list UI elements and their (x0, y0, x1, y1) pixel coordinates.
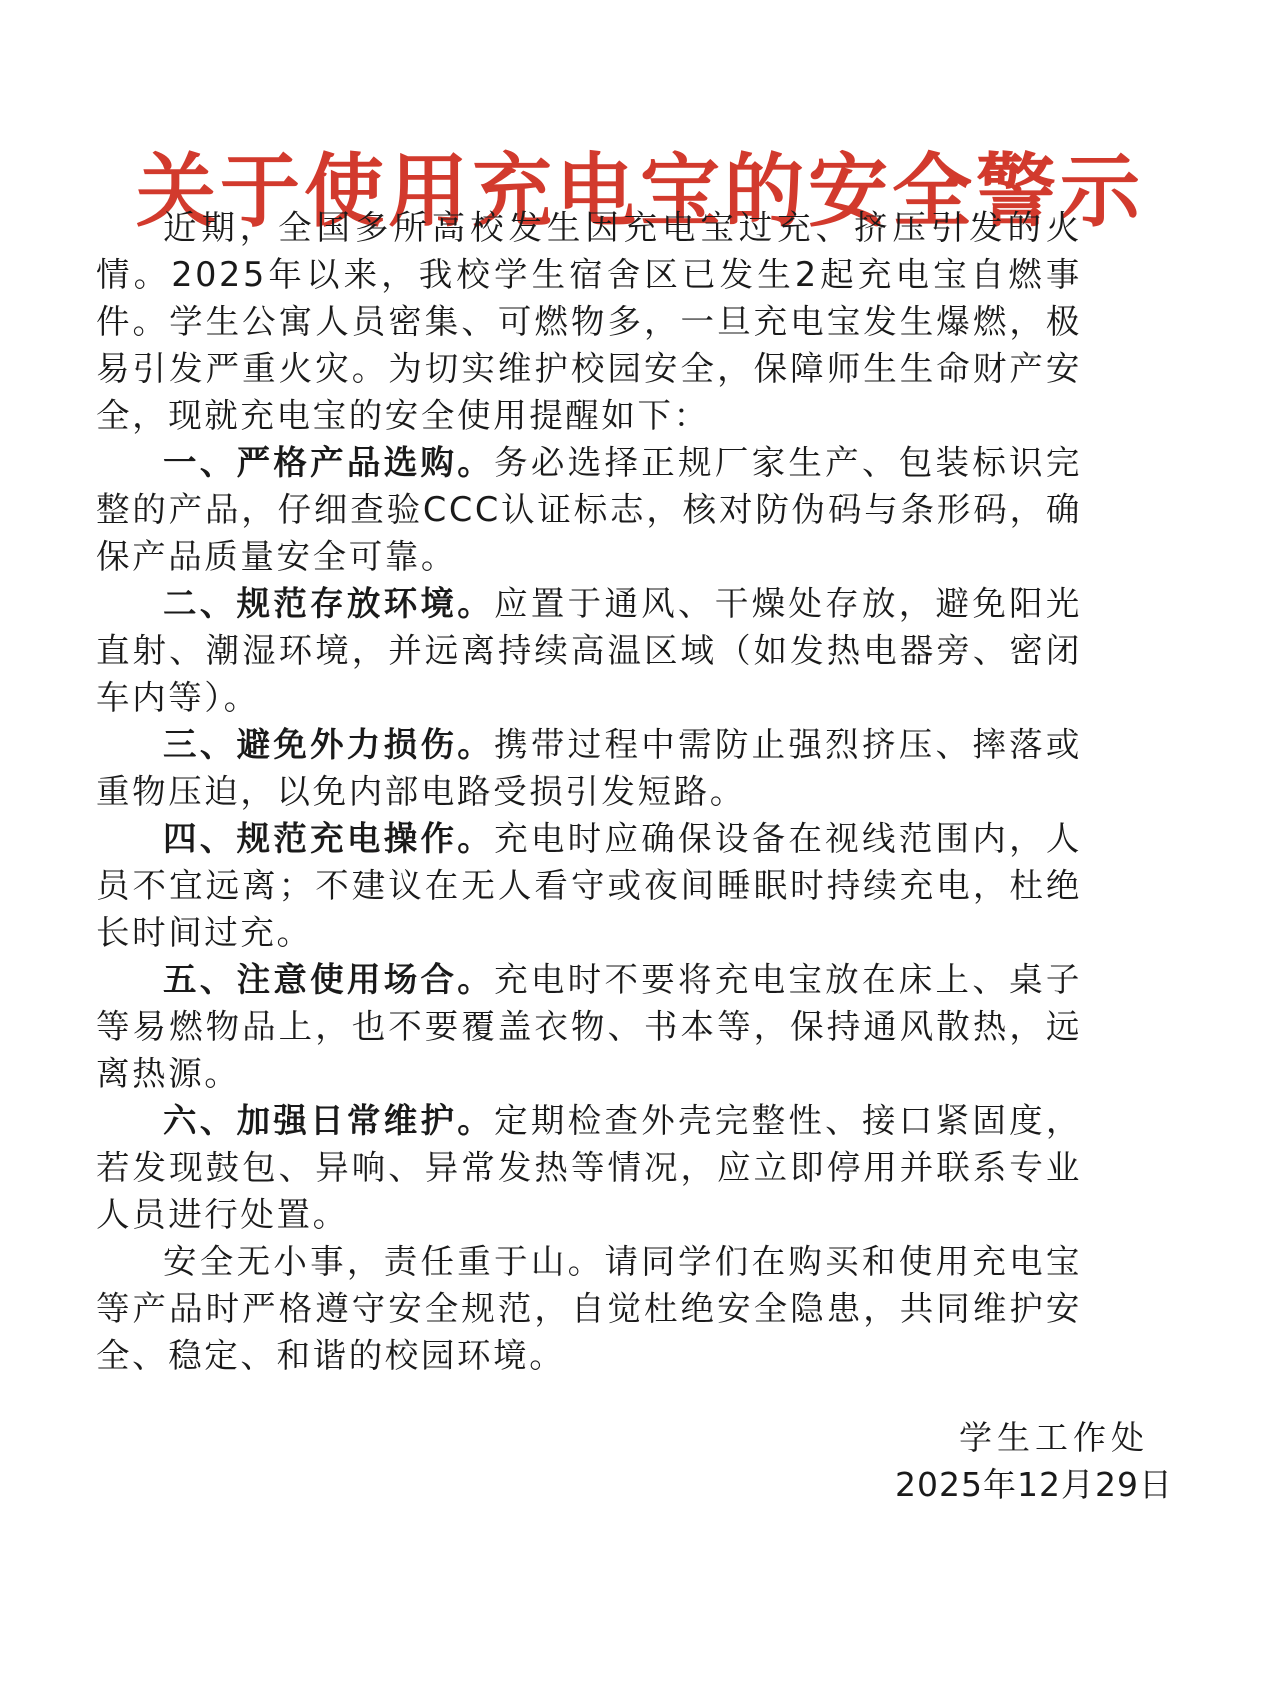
item-heading: 四、规范充电操作。 (163, 819, 494, 858)
intro-text: 近期，全国多所高校发生因充电宝过充、挤压引发的火情。2025年以来，我校学生宿舍… (96, 208, 1082, 435)
closing-text: 安全无小事，责任重于山。请同学们在购买和使用充电宝等产品时严格遵守安全规范，自觉… (96, 1242, 1082, 1375)
item-paragraph-5: 五、注意使用场合。充电时不要将充电宝放在床上、桌子等易燃物品上，也不要覆盖衣物、… (96, 956, 1082, 1097)
closing-paragraph: 安全无小事，责任重于山。请同学们在购买和使用充电宝等产品时严格遵守安全规范，自觉… (96, 1238, 1082, 1379)
issuing-department: 学生工作处 (884, 1414, 1184, 1461)
item-paragraph-6: 六、加强日常维护。定期检查外壳完整性、接口紧固度，若发现鼓包、异响、异常发热等情… (96, 1097, 1082, 1238)
issue-date: 2025年12月29日 (884, 1461, 1184, 1508)
notice-body: 近期，全国多所高校发生因充电宝过充、挤压引发的火情。2025年以来，我校学生宿舍… (96, 204, 1082, 1379)
item-heading: 六、加强日常维护。 (163, 1101, 494, 1140)
item-paragraph-1: 一、严格产品选购。务必选择正规厂家生产、包装标识完整的产品，仔细查验CCC认证标… (96, 439, 1082, 580)
signature-block: 学生工作处 2025年12月29日 (884, 1414, 1184, 1508)
item-heading: 二、规范存放环境。 (163, 584, 494, 623)
notice-page: 关于使用充电宝的安全警示 近期，全国多所高校发生因充电宝过充、挤压引发的火情。2… (0, 0, 1280, 1708)
item-heading: 五、注意使用场合。 (163, 960, 494, 999)
intro-paragraph: 近期，全国多所高校发生因充电宝过充、挤压引发的火情。2025年以来，我校学生宿舍… (96, 204, 1082, 439)
item-heading: 一、严格产品选购。 (163, 443, 494, 482)
item-paragraph-2: 二、规范存放环境。应置于通风、干燥处存放，避免阳光直射、潮湿环境，并远离持续高温… (96, 580, 1082, 721)
item-paragraph-3: 三、避免外力损伤。携带过程中需防止强烈挤压、摔落或重物压迫，以免内部电路受损引发… (96, 721, 1082, 815)
item-paragraph-4: 四、规范充电操作。充电时应确保设备在视线范围内，人员不宜远离；不建议在无人看守或… (96, 815, 1082, 956)
item-heading: 三、避免外力损伤。 (163, 725, 494, 764)
